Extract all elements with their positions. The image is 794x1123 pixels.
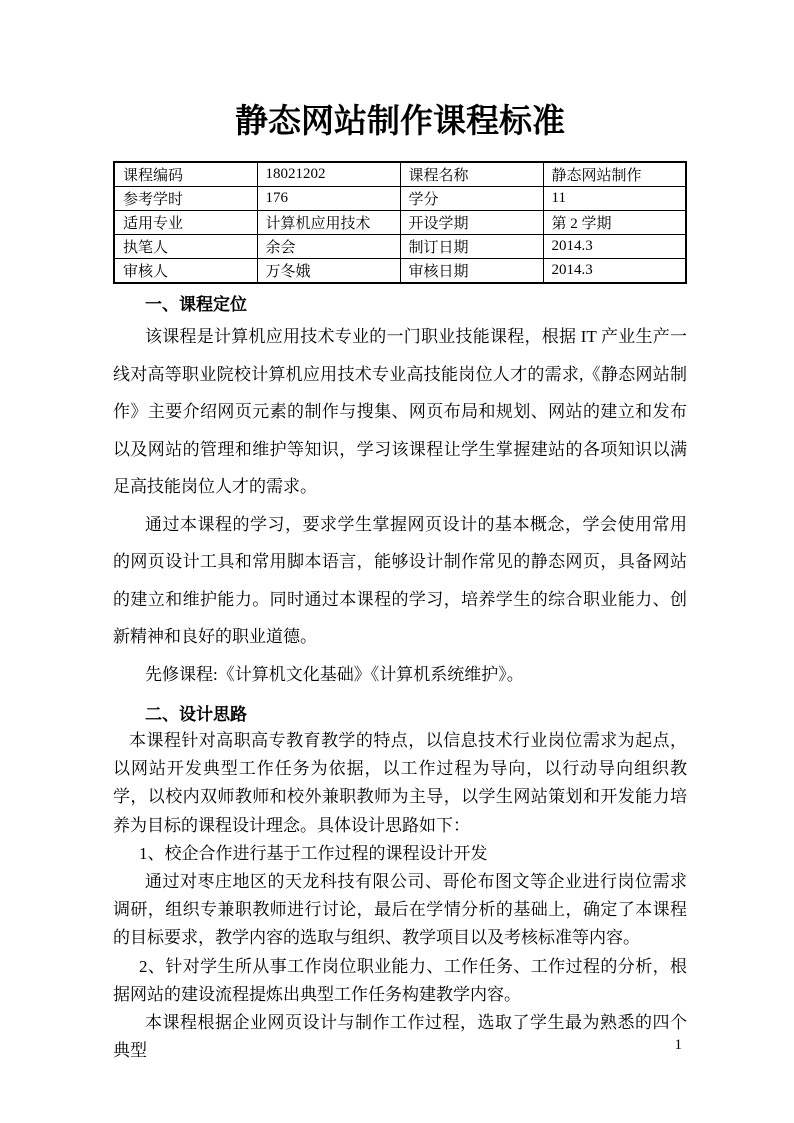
section-heading-design-idea: 二、设计思路 [113,705,687,725]
list-item-design-2: 2、针对学生所从事工作岗位职业能力、工作任务、工作过程的分析，根据网站的建设流程… [113,953,687,1009]
document-title-main: 静态网站制作 [235,102,433,139]
course-info-table: 课程编码 18021202 课程名称 静态网站制作 参考学时 176 学分 11… [113,161,687,284]
paragraph-typical-projects: 本课程根据企业网页设计与制作工作过程，选取了学生最为熟悉的四个典型 [113,1009,687,1065]
document-title: 静态网站制作课程标准 [113,96,687,147]
section-course-position: 该课程是计算机应用技术专业的一门职业技能课程，根据 IT 产业生产一线对高等职业… [113,318,687,693]
table-cell-value: 18021202 [257,162,400,187]
paragraph-design-intro: 本课程针对高职高专教育教学的特点，以信息技术行业岗位需求为起点，以网站开发典型工… [113,727,687,840]
table-row-author: 执笔人 余会 制订日期 2014.3 [114,235,686,259]
table-cell-label: 学分 [400,187,543,211]
table-row-hours: 参考学时 176 学分 11 [114,187,686,211]
document-title-suffix: 课程标准 [433,104,565,140]
page-number: 1 [675,1036,683,1054]
section-heading-course-position: 一、课程定位 [113,295,687,315]
list-item-design-1: 1、校企合作进行基于工作过程的课程设计开发 [113,840,687,868]
table-cell-value: 静态网站制作 [543,162,686,187]
table-cell-value: 2014.3 [543,235,686,259]
paragraph-survey: 通过对枣庄地区的天龙科技有限公司、哥伦布图文等企业进行岗位需求调研，组织专兼职教… [113,868,687,953]
table-row-course-code: 课程编码 18021202 课程名称 静态网站制作 [114,162,686,187]
table-row-reviewer: 审核人 万冬娥 审核日期 2014.3 [114,259,686,284]
table-cell-value: 计算机应用技术 [257,211,400,235]
table-cell-value: 第 2 学期 [543,211,686,235]
table-cell-value: 176 [257,187,400,211]
table-cell-label: 课程名称 [400,162,543,187]
table-cell-label: 执笔人 [114,235,257,259]
table-cell-label: 审核人 [114,259,257,284]
table-row-major: 适用专业 计算机应用技术 开设学期 第 2 学期 [114,211,686,235]
table-cell-value: 2014.3 [543,259,686,284]
table-cell-label: 课程编码 [114,162,257,187]
paragraph-course-goals: 通过本课程的学习，要求学生掌握网页设计的基本概念，学会使用常用的网页设计工具和常… [113,506,687,656]
table-cell-label: 审核日期 [400,259,543,284]
document-page: 静态网站制作课程标准 课程编码 18021202 课程名称 静态网站制作 参考学… [0,0,794,1123]
document-content: 静态网站制作课程标准 课程编码 18021202 课程名称 静态网站制作 参考学… [113,0,687,1065]
table-cell-value: 万冬娥 [257,259,400,284]
table-cell-label: 制订日期 [400,235,543,259]
section-design-idea: 本课程针对高职高专教育教学的特点，以信息技术行业岗位需求为起点，以网站开发典型工… [113,727,687,1065]
paragraph-prerequisites: 先修课程:《计算机文化基础》《计算机系统维护》。 [113,656,687,694]
table-cell-label: 开设学期 [400,211,543,235]
table-cell-label: 适用专业 [114,211,257,235]
table-cell-value: 11 [543,187,686,211]
table-cell-label: 参考学时 [114,187,257,211]
paragraph-course-description: 该课程是计算机应用技术专业的一门职业技能课程，根据 IT 产业生产一线对高等职业… [113,318,687,506]
table-cell-value: 余会 [257,235,400,259]
